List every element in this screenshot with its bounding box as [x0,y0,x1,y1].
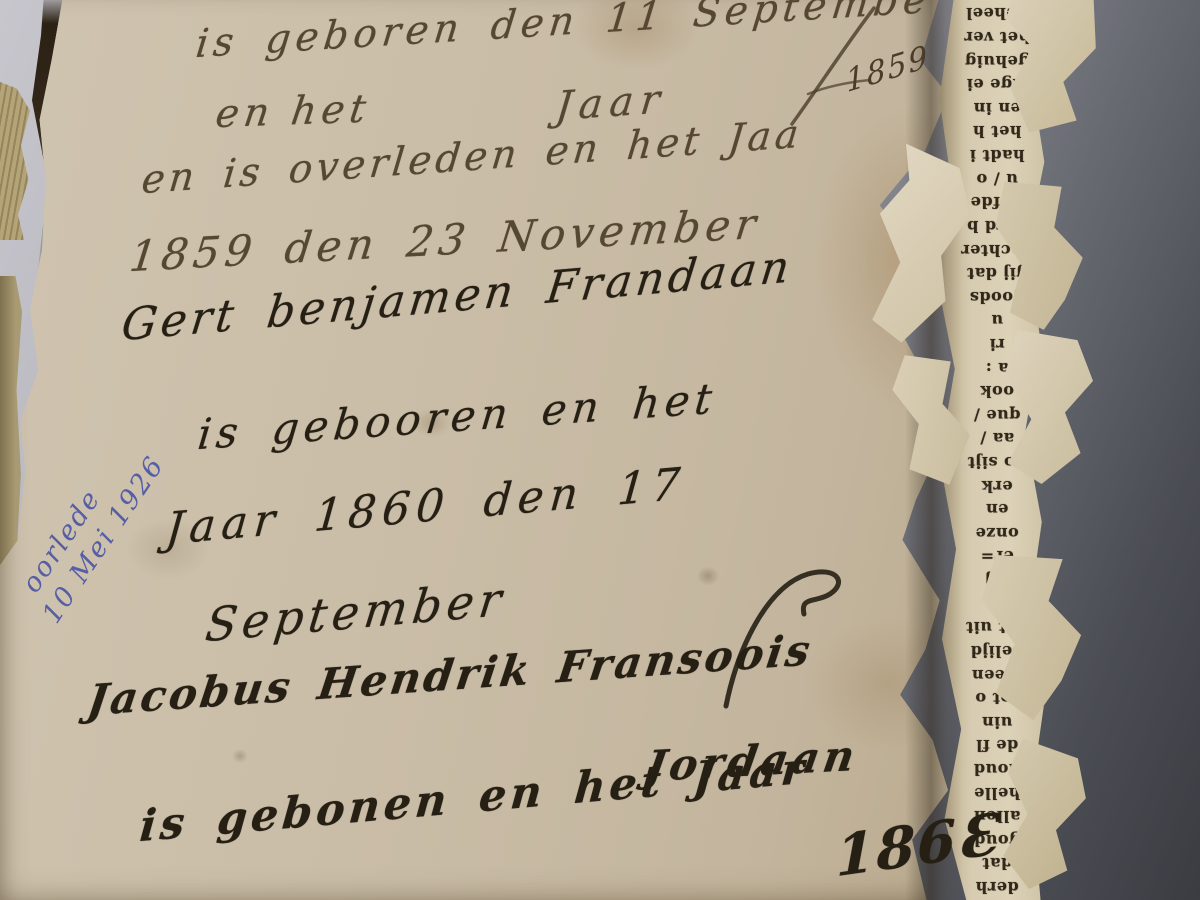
handwriting-year-prefix: en het [213,86,374,137]
print-fragment-word: uin [982,711,1013,733]
print-fragment-word: en in [973,97,1021,119]
print-fragment-word: hadt i [969,144,1024,166]
print-fragment-word: a : [985,357,1008,379]
photo-of-manuscript-page: geheelhet vergehuigrige eien inhet hhadt… [0,0,1200,900]
print-fragment-word: u [991,309,1003,331]
print-fragment-word: ri [989,333,1005,355]
print-fragment-word: gehuig [965,50,1030,72]
print-fragment-word: onze [975,522,1019,544]
print-fragment-word: de fl [976,734,1018,756]
print-fragment-word: derh [975,876,1018,898]
print-fragment-word: aa / [980,427,1014,449]
print-fragment-word: que / [974,404,1021,426]
print-fragment-word: erk [981,475,1012,497]
print-fragment-word: en [986,498,1009,520]
print-fragment-word: ook [980,380,1014,402]
torn-paper-scrap-left-middle [0,276,22,576]
torn-paper-scrap-left-top [0,82,30,240]
print-fragment-word: het h [973,120,1022,142]
